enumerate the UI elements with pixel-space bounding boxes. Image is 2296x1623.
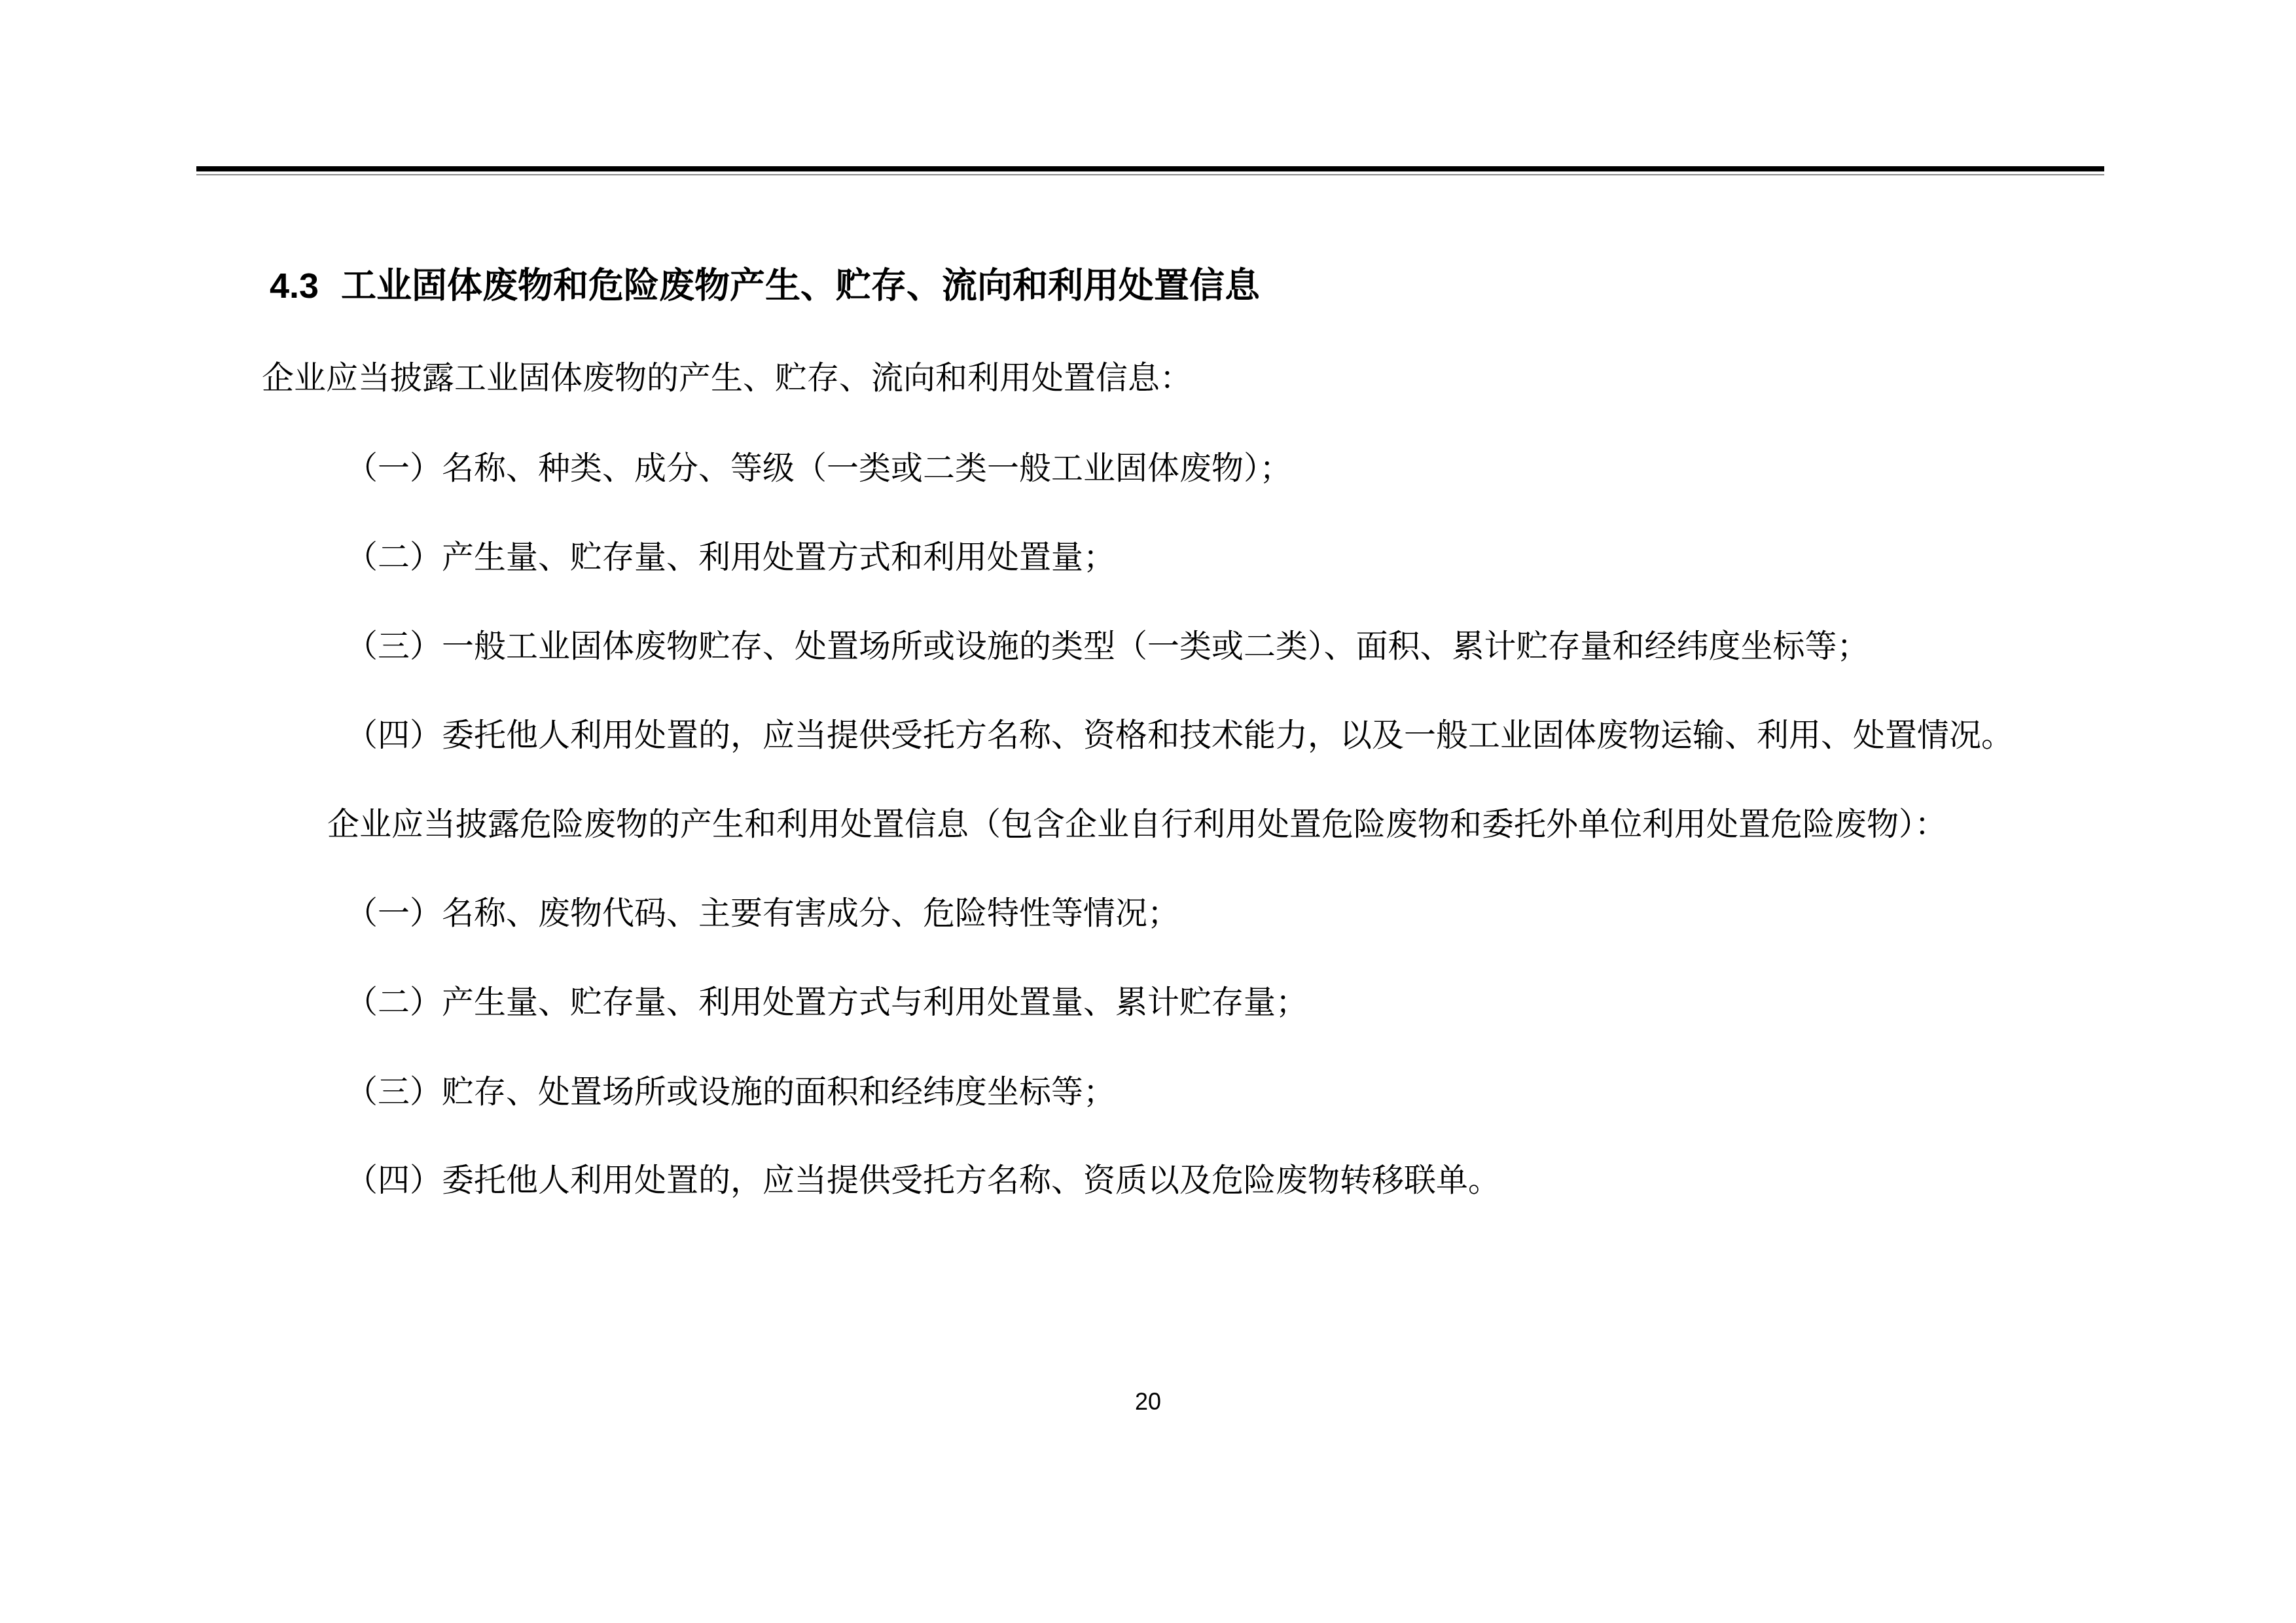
section-title: 工业固体废物和危险废物产生、贮存、流向和利用处置信息 <box>341 266 1260 306</box>
list-item-hazardous-2: （二）产生量、贮存量、利用处置方式与利用处置量、累计贮存量； <box>346 983 1308 1022</box>
paragraph-intro-solid-waste: 企业应当披露工业固体废物的产生、贮存、流向和利用处置信息： <box>262 359 1192 398</box>
page-number: 20 <box>0 1387 2296 1416</box>
section-heading: 4.3 工业固体废物和危险废物产生、贮存、流向和利用处置信息 <box>270 266 1260 306</box>
document-page: 4.3 工业固体废物和危险废物产生、贮存、流向和利用处置信息 企业应当披露工业固… <box>0 0 2296 1623</box>
header-rule-thick <box>196 166 2104 171</box>
list-item-solid-2: （二）产生量、贮存量、利用处置方式和利用处置量； <box>346 538 1115 577</box>
list-item-solid-3: （三）一般工业固体废物贮存、处置场所或设施的类型（一类或二类）、面积、累计贮存量… <box>346 627 1869 666</box>
list-item-solid-4: （四）委托他人利用处置的，应当提供受托方名称、资格和技术能力，以及一般工业固体废… <box>346 716 2013 755</box>
list-item-solid-1: （一）名称、种类、成分、等级（一类或二类一般工业固体废物）； <box>346 449 1292 488</box>
paragraph-intro-hazardous-waste: 企业应当披露危险废物的产生和利用处置信息（包含企业自行利用处置危险废物和委托外单… <box>327 805 1947 844</box>
list-item-hazardous-4: （四）委托他人利用处置的，应当提供受托方名称、资质以及危险废物转移联单。 <box>346 1161 1500 1200</box>
header-rule-thin <box>196 174 2104 175</box>
section-number: 4.3 <box>270 266 319 306</box>
list-item-hazardous-3: （三）贮存、处置场所或设施的面积和经纬度坐标等； <box>346 1073 1115 1112</box>
list-item-hazardous-1: （一）名称、废物代码、主要有害成分、危险特性等情况； <box>346 894 1179 933</box>
